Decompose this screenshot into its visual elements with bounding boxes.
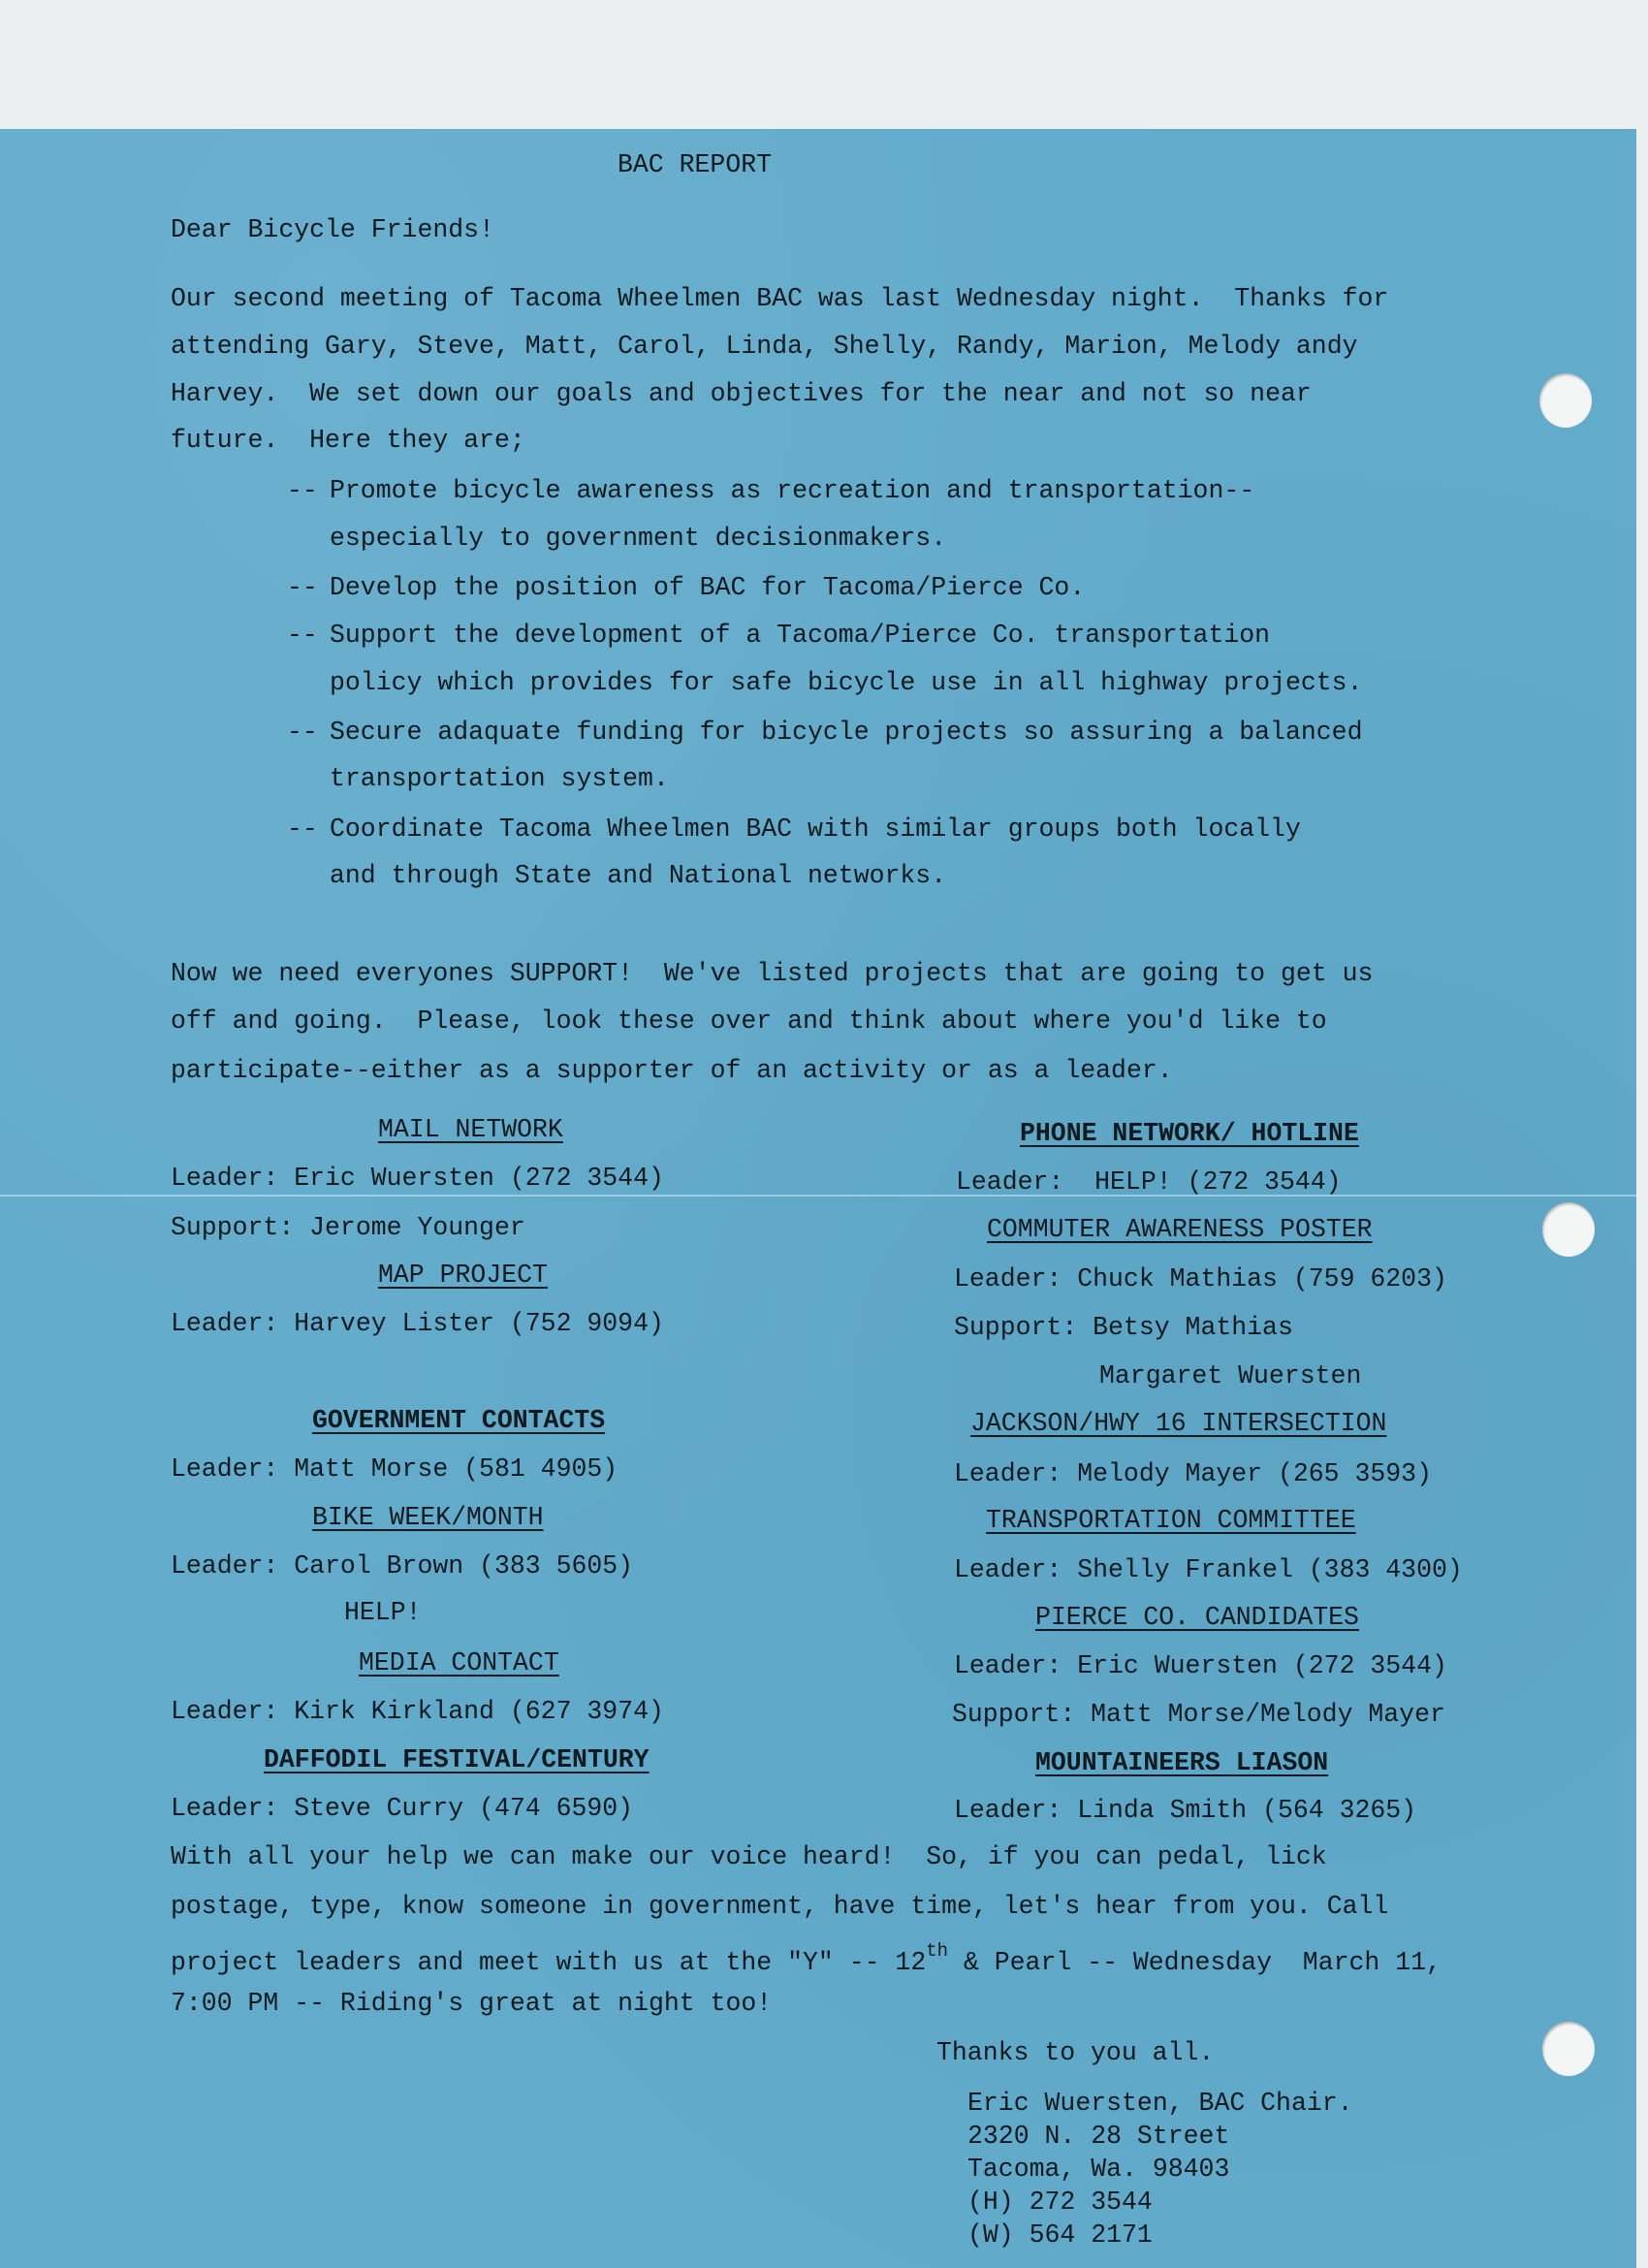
goal-marker: -- <box>287 815 318 844</box>
support-line: participate--either as a supporter of an… <box>171 1056 1173 1085</box>
intro-line: Harvey. We set down our goals and object… <box>171 379 1312 408</box>
signature-work-phone: (W) 564 2171 <box>967 2219 1153 2252</box>
salutation: Dear Bicycle Friends! <box>171 215 494 244</box>
project-row-help: HELP! <box>344 1598 422 1627</box>
signature-name: Eric Wuersten, BAC Chair. <box>967 2087 1353 2120</box>
support-line: Now we need everyones SUPPORT! We've lis… <box>171 959 1373 988</box>
project-row: Support: Matt Morse/Melody Mayer <box>952 1700 1445 1729</box>
project-heading-map-project: MAP PROJECT <box>378 1261 548 1290</box>
project-row: Leader: Linda Smith (564 3265) <box>954 1796 1416 1825</box>
intro-line: Our second meeting of Tacoma Wheelmen BA… <box>171 284 1388 313</box>
project-row: Leader: Kirk Kirkland (627 3974) <box>171 1697 664 1726</box>
project-row: Support: Jerome Younger <box>171 1213 525 1242</box>
punch-hole <box>1539 373 1592 428</box>
project-heading-media-contact: MEDIA CONTACT <box>359 1648 559 1677</box>
goal-item: Coordinate Tacoma Wheelmen BAC with simi… <box>330 815 1301 844</box>
goal-marker: -- <box>287 476 318 505</box>
project-heading-mail-network: MAIL NETWORK <box>378 1115 563 1144</box>
goal-marker: -- <box>287 573 318 602</box>
project-row: Margaret Wuersten <box>1099 1361 1361 1390</box>
project-row: Leader: Eric Wuersten (272 3544) <box>171 1164 664 1193</box>
intro-line: attending Gary, Steve, Matt, Carol, Lind… <box>171 332 1358 361</box>
project-row: Leader: Shelly Frankel (383 4300) <box>954 1555 1463 1584</box>
project-heading-transportation-committee: TRANSPORTATION COMMITTEE <box>986 1506 1356 1535</box>
project-heading-jackson-hwy-16: JACKSON/HWY 16 INTERSECTION <box>970 1409 1386 1438</box>
project-heading-daffodil-festival: DAFFODIL FESTIVAL/CENTURY <box>264 1745 650 1774</box>
project-row: Leader: Eric Wuersten (272 3544) <box>954 1651 1447 1680</box>
project-row: Support: Betsy Mathias <box>954 1313 1293 1342</box>
signature-home-phone: (H) 272 3544 <box>967 2186 1153 2219</box>
signature-city: Tacoma, Wa. 98403 <box>967 2153 1229 2186</box>
project-row: Leader: Steve Curry (474 6590) <box>171 1794 633 1823</box>
project-row: Leader: Carol Brown (383 5605) <box>171 1551 633 1581</box>
closing-line: 7:00 PM -- Riding's great at night too! <box>171 1989 772 2018</box>
document-title: BAC REPORT <box>618 150 772 179</box>
project-row: Leader: Chuck Mathias (759 6203) <box>954 1264 1447 1294</box>
project-heading-phone-network: PHONE NETWORK/ HOTLINE <box>1020 1119 1359 1148</box>
support-line: off and going. Please, look these over a… <box>171 1006 1327 1036</box>
goal-item-continued: transportation system. <box>330 764 669 793</box>
closing-line: With all your help we can make our voice… <box>171 1842 1327 1871</box>
goal-item-continued: and through State and National networks. <box>330 861 946 890</box>
goal-marker: -- <box>287 718 318 747</box>
project-row: Leader: Melody Mayer (265 3593) <box>954 1459 1432 1488</box>
signature-street: 2320 N. 28 Street <box>967 2120 1229 2153</box>
ordinal-suffix: th <box>926 1940 948 1962</box>
goal-item-continued: especially to government decisionmakers. <box>330 524 946 553</box>
punch-hole <box>1542 1202 1595 1257</box>
project-row: Leader: Harvey Lister (752 9094) <box>171 1309 664 1338</box>
goal-item: Secure adaquate funding for bicycle proj… <box>330 718 1362 747</box>
project-heading-government-contacts: GOVERNMENT CONTACTS <box>312 1406 605 1435</box>
goal-marker: -- <box>287 621 318 650</box>
signoff: Thanks to you all. <box>936 2038 1214 2067</box>
closing-text: & Pearl -- Wednesday March 11, <box>948 1948 1442 1977</box>
project-row: Leader: Matt Morse (581 4905) <box>171 1454 618 1484</box>
project-heading-commuter-awareness: COMMUTER AWARENESS POSTER <box>987 1215 1373 1244</box>
goal-item: Develop the position of BAC for Tacoma/P… <box>330 573 1085 602</box>
closing-line: postage, type, know someone in governmen… <box>171 1892 1388 1921</box>
project-heading-mountaineers-liason: MOUNTAINEERS LIASON <box>1035 1748 1328 1777</box>
goal-item-continued: policy which provides for safe bicycle u… <box>330 668 1362 697</box>
closing-line: project leaders and meet with us at the … <box>171 1940 1442 1977</box>
project-row: Leader: HELP! (272 3544) <box>956 1167 1342 1197</box>
punch-hole <box>1542 2022 1595 2076</box>
project-heading-bike-week-month: BIKE WEEK/MONTH <box>312 1503 544 1532</box>
goal-item: Promote bicycle awareness as recreation … <box>330 476 1254 505</box>
closing-text: project leaders and meet with us at the … <box>171 1948 926 1977</box>
project-heading-pierce-co-candidates: PIERCE CO. CANDIDATES <box>1035 1603 1359 1632</box>
paper-fold-crease <box>0 1195 1636 1197</box>
goal-item: Support the development of a Tacoma/Pier… <box>330 621 1270 650</box>
intro-line: future. Here they are; <box>171 426 525 455</box>
